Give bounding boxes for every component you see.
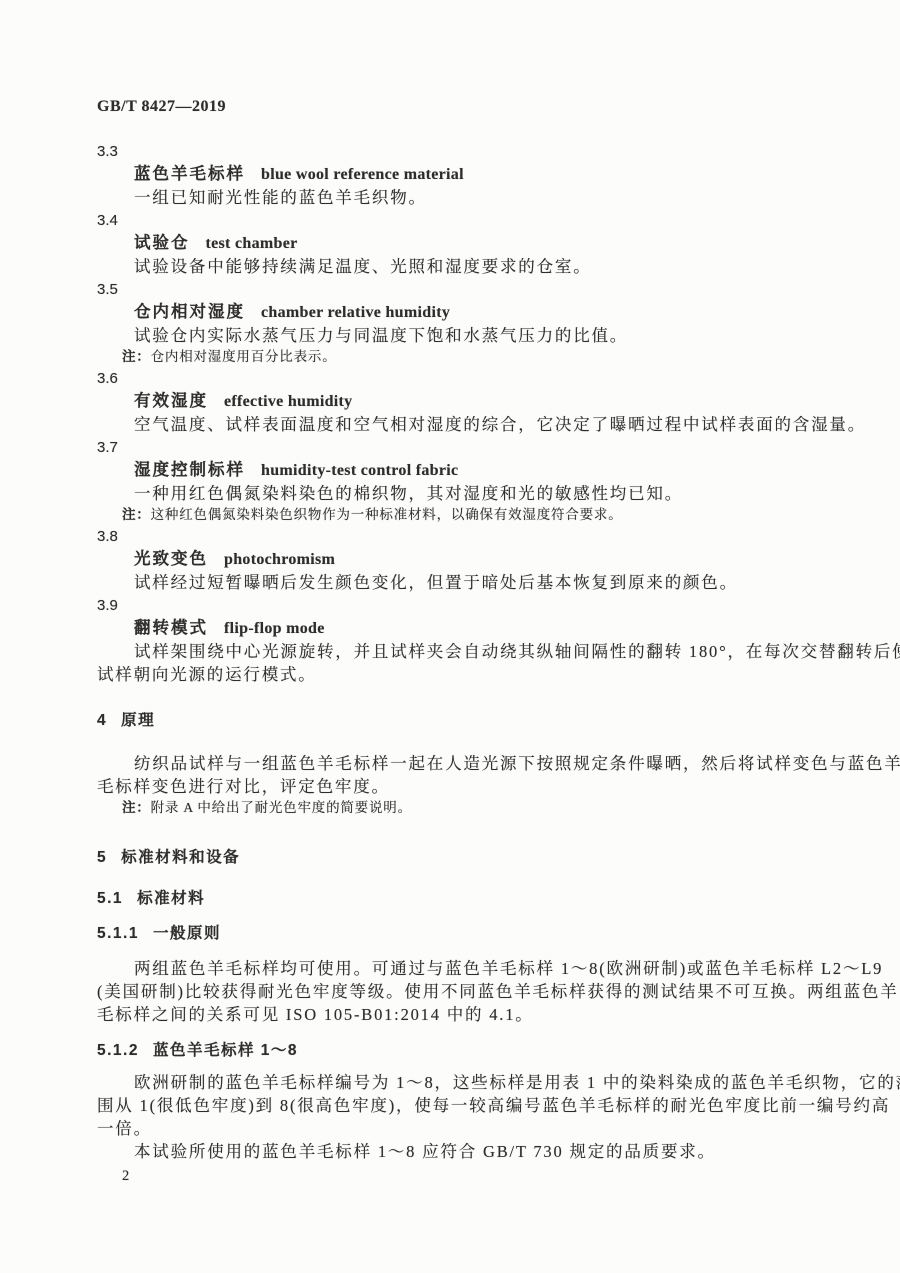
term-title: 翻转模式flip-flop mode — [97, 617, 842, 640]
note-label: 注： — [122, 800, 151, 815]
paragraph-line: 毛标样之间的关系可见 ISO 105-B01:2014 中的 4.1。 — [97, 1003, 842, 1026]
term-number: 3.6 — [97, 367, 842, 390]
section-heading: 4原理 — [97, 709, 842, 732]
term-number: 3.9 — [97, 594, 842, 617]
term-chinese: 翻转模式 — [134, 619, 208, 637]
note-text: 这种红色偶氮染料染色织物作为一种标准材料，以确保有效湿度符合要求。 — [151, 507, 623, 522]
section-5: 5标准材料和设备 5.1标准材料 5.1.1一般原则 两组蓝色羊毛标样均可使用。… — [97, 846, 842, 1163]
paragraph-line: 毛标样变色进行对比，评定色牢度。 — [97, 775, 842, 798]
term-note: 注：这种红色偶氮染料染色织物作为一种标准材料，以确保有效湿度符合要求。 — [97, 505, 842, 525]
term-chinese: 仓内相对湿度 — [134, 303, 245, 321]
term-title: 有效湿度effective humidity — [97, 390, 842, 413]
note-text: 仓内相对湿度用百分比表示。 — [151, 349, 337, 364]
section-number: 5.1.2 — [97, 1042, 139, 1059]
section-title: 标准材料 — [137, 890, 205, 907]
term-section-3-5: 3.5 仓内相对湿度chamber relative humidity 试验仓内… — [97, 278, 842, 367]
term-chinese: 试验仓 — [134, 234, 190, 252]
section-number: 5.1.1 — [97, 925, 139, 942]
note-label: 注： — [122, 349, 151, 364]
term-number: 3.7 — [97, 436, 842, 459]
section-title: 标准材料和设备 — [121, 849, 240, 866]
term-english: humidity-test control fabric — [261, 462, 458, 479]
term-number: 3.3 — [97, 140, 842, 163]
term-chinese: 蓝色羊毛标样 — [134, 165, 245, 183]
term-section-3-7: 3.7 湿度控制标样humidity-test control fabric 一… — [97, 436, 842, 525]
term-chinese: 湿度控制标样 — [134, 461, 245, 479]
paragraph-line: 本试验所使用的蓝色羊毛标样 1～8 应符合 GB/T 730 规定的品质要求。 — [97, 1140, 842, 1163]
term-definition: 空气温度、试样表面温度和空气相对湿度的综合，它决定了曝晒过程中试样表面的含湿量。 — [97, 413, 842, 436]
term-chinese: 有效湿度 — [134, 392, 208, 410]
term-section-3-3: 3.3 蓝色羊毛标样blue wool reference material 一… — [97, 140, 842, 209]
subsection-heading-5-1: 5.1标准材料 — [97, 887, 842, 910]
term-title: 仓内相对湿度chamber relative humidity — [97, 301, 842, 324]
term-english: chamber relative humidity — [261, 304, 450, 321]
section-title: 原理 — [121, 712, 155, 729]
section-number: 5 — [97, 849, 107, 866]
term-number: 3.5 — [97, 278, 842, 301]
section-4: 4原理 纺织品试样与一组蓝色羊毛标样一起在人造光源下按照规定条件曝晒，然后将试样… — [97, 709, 842, 818]
paragraph-line: 纺织品试样与一组蓝色羊毛标样一起在人造光源下按照规定条件曝晒，然后将试样变色与蓝… — [97, 752, 842, 775]
term-title: 湿度控制标样humidity-test control fabric — [97, 459, 842, 482]
term-english: effective humidity — [224, 393, 352, 410]
term-number: 3.4 — [97, 209, 842, 232]
term-english: blue wool reference material — [261, 166, 464, 183]
page-number: 2 — [97, 1166, 842, 1186]
section-number: 4 — [97, 712, 107, 729]
paragraph-line: 两组蓝色羊毛标样均可使用。可通过与蓝色羊毛标样 1～8(欧洲研制)或蓝色羊毛标样… — [97, 957, 842, 980]
term-english: photochromism — [224, 551, 335, 568]
subsection-heading-5-1-2: 5.1.2蓝色羊毛标样 1～8 — [97, 1039, 842, 1062]
document-page: GB/T 8427—2019 3.3 蓝色羊毛标样blue wool refer… — [0, 0, 900, 1273]
term-definition-line: 试样架围绕中心光源旋转，并且试样夹会自动绕其纵轴间隔性的翻转 180°，在每次交… — [97, 640, 842, 663]
section-number: 5.1 — [97, 890, 123, 907]
term-definition: 试验设备中能够持续满足温度、光照和湿度要求的仓室。 — [97, 255, 842, 278]
term-section-3-4: 3.4 试验仓test chamber 试验设备中能够持续满足温度、光照和湿度要… — [97, 209, 842, 278]
note-text: 附录 A 中给出了耐光色牢度的简要说明。 — [151, 800, 412, 815]
term-title: 蓝色羊毛标样blue wool reference material — [97, 163, 842, 186]
term-number: 3.8 — [97, 525, 842, 548]
term-chinese: 光致变色 — [134, 550, 208, 568]
term-note: 注：仓内相对湿度用百分比表示。 — [97, 347, 842, 367]
term-section-3-9: 3.9 翻转模式flip-flop mode 试样架围绕中心光源旋转，并且试样夹… — [97, 594, 842, 686]
term-definition-line: 试样朝向光源的运行模式。 — [97, 663, 842, 686]
paragraph-line: 围从 1(很低色牢度)到 8(很高色牢度)，使每一较高编号蓝色羊毛标样的耐光色牢… — [97, 1094, 842, 1117]
document-code: GB/T 8427—2019 — [97, 97, 842, 117]
section-title: 蓝色羊毛标样 1～8 — [153, 1042, 298, 1059]
term-definition: 一组已知耐光性能的蓝色羊毛织物。 — [97, 186, 842, 209]
term-definition: 试样经过短暂曝晒后发生颜色变化，但置于暗处后基本恢复到原来的颜色。 — [97, 571, 842, 594]
paragraph-line: 欧洲研制的蓝色羊毛标样编号为 1～8，这些标样是用表 1 中的染料染成的蓝色羊毛… — [97, 1071, 842, 1094]
term-section-3-8: 3.8 光致变色photochromism 试样经过短暂曝晒后发生颜色变化，但置… — [97, 525, 842, 594]
term-title: 光致变色photochromism — [97, 548, 842, 571]
term-section-3-6: 3.6 有效湿度effective humidity 空气温度、试样表面温度和空… — [97, 367, 842, 436]
note-label: 注： — [122, 507, 151, 522]
term-english: test chamber — [206, 235, 298, 252]
paragraph-line: (美国研制)比较获得耐光色牢度等级。使用不同蓝色羊毛标样获得的测试结果不可互换。… — [97, 980, 842, 1003]
paragraph-line: 一倍。 — [97, 1117, 842, 1140]
subsection-heading-5-1-1: 5.1.1一般原则 — [97, 922, 842, 945]
term-english: flip-flop mode — [224, 620, 325, 637]
section-note: 注：附录 A 中给出了耐光色牢度的简要说明。 — [97, 798, 842, 818]
section-title: 一般原则 — [153, 925, 221, 942]
section-heading: 5标准材料和设备 — [97, 846, 842, 869]
term-title: 试验仓test chamber — [97, 232, 842, 255]
term-definition: 一种用红色偶氮染料染色的棉织物，其对湿度和光的敏感性均已知。 — [97, 482, 842, 505]
term-definition: 试验仓内实际水蒸气压力与同温度下饱和水蒸气压力的比值。 — [97, 324, 842, 347]
